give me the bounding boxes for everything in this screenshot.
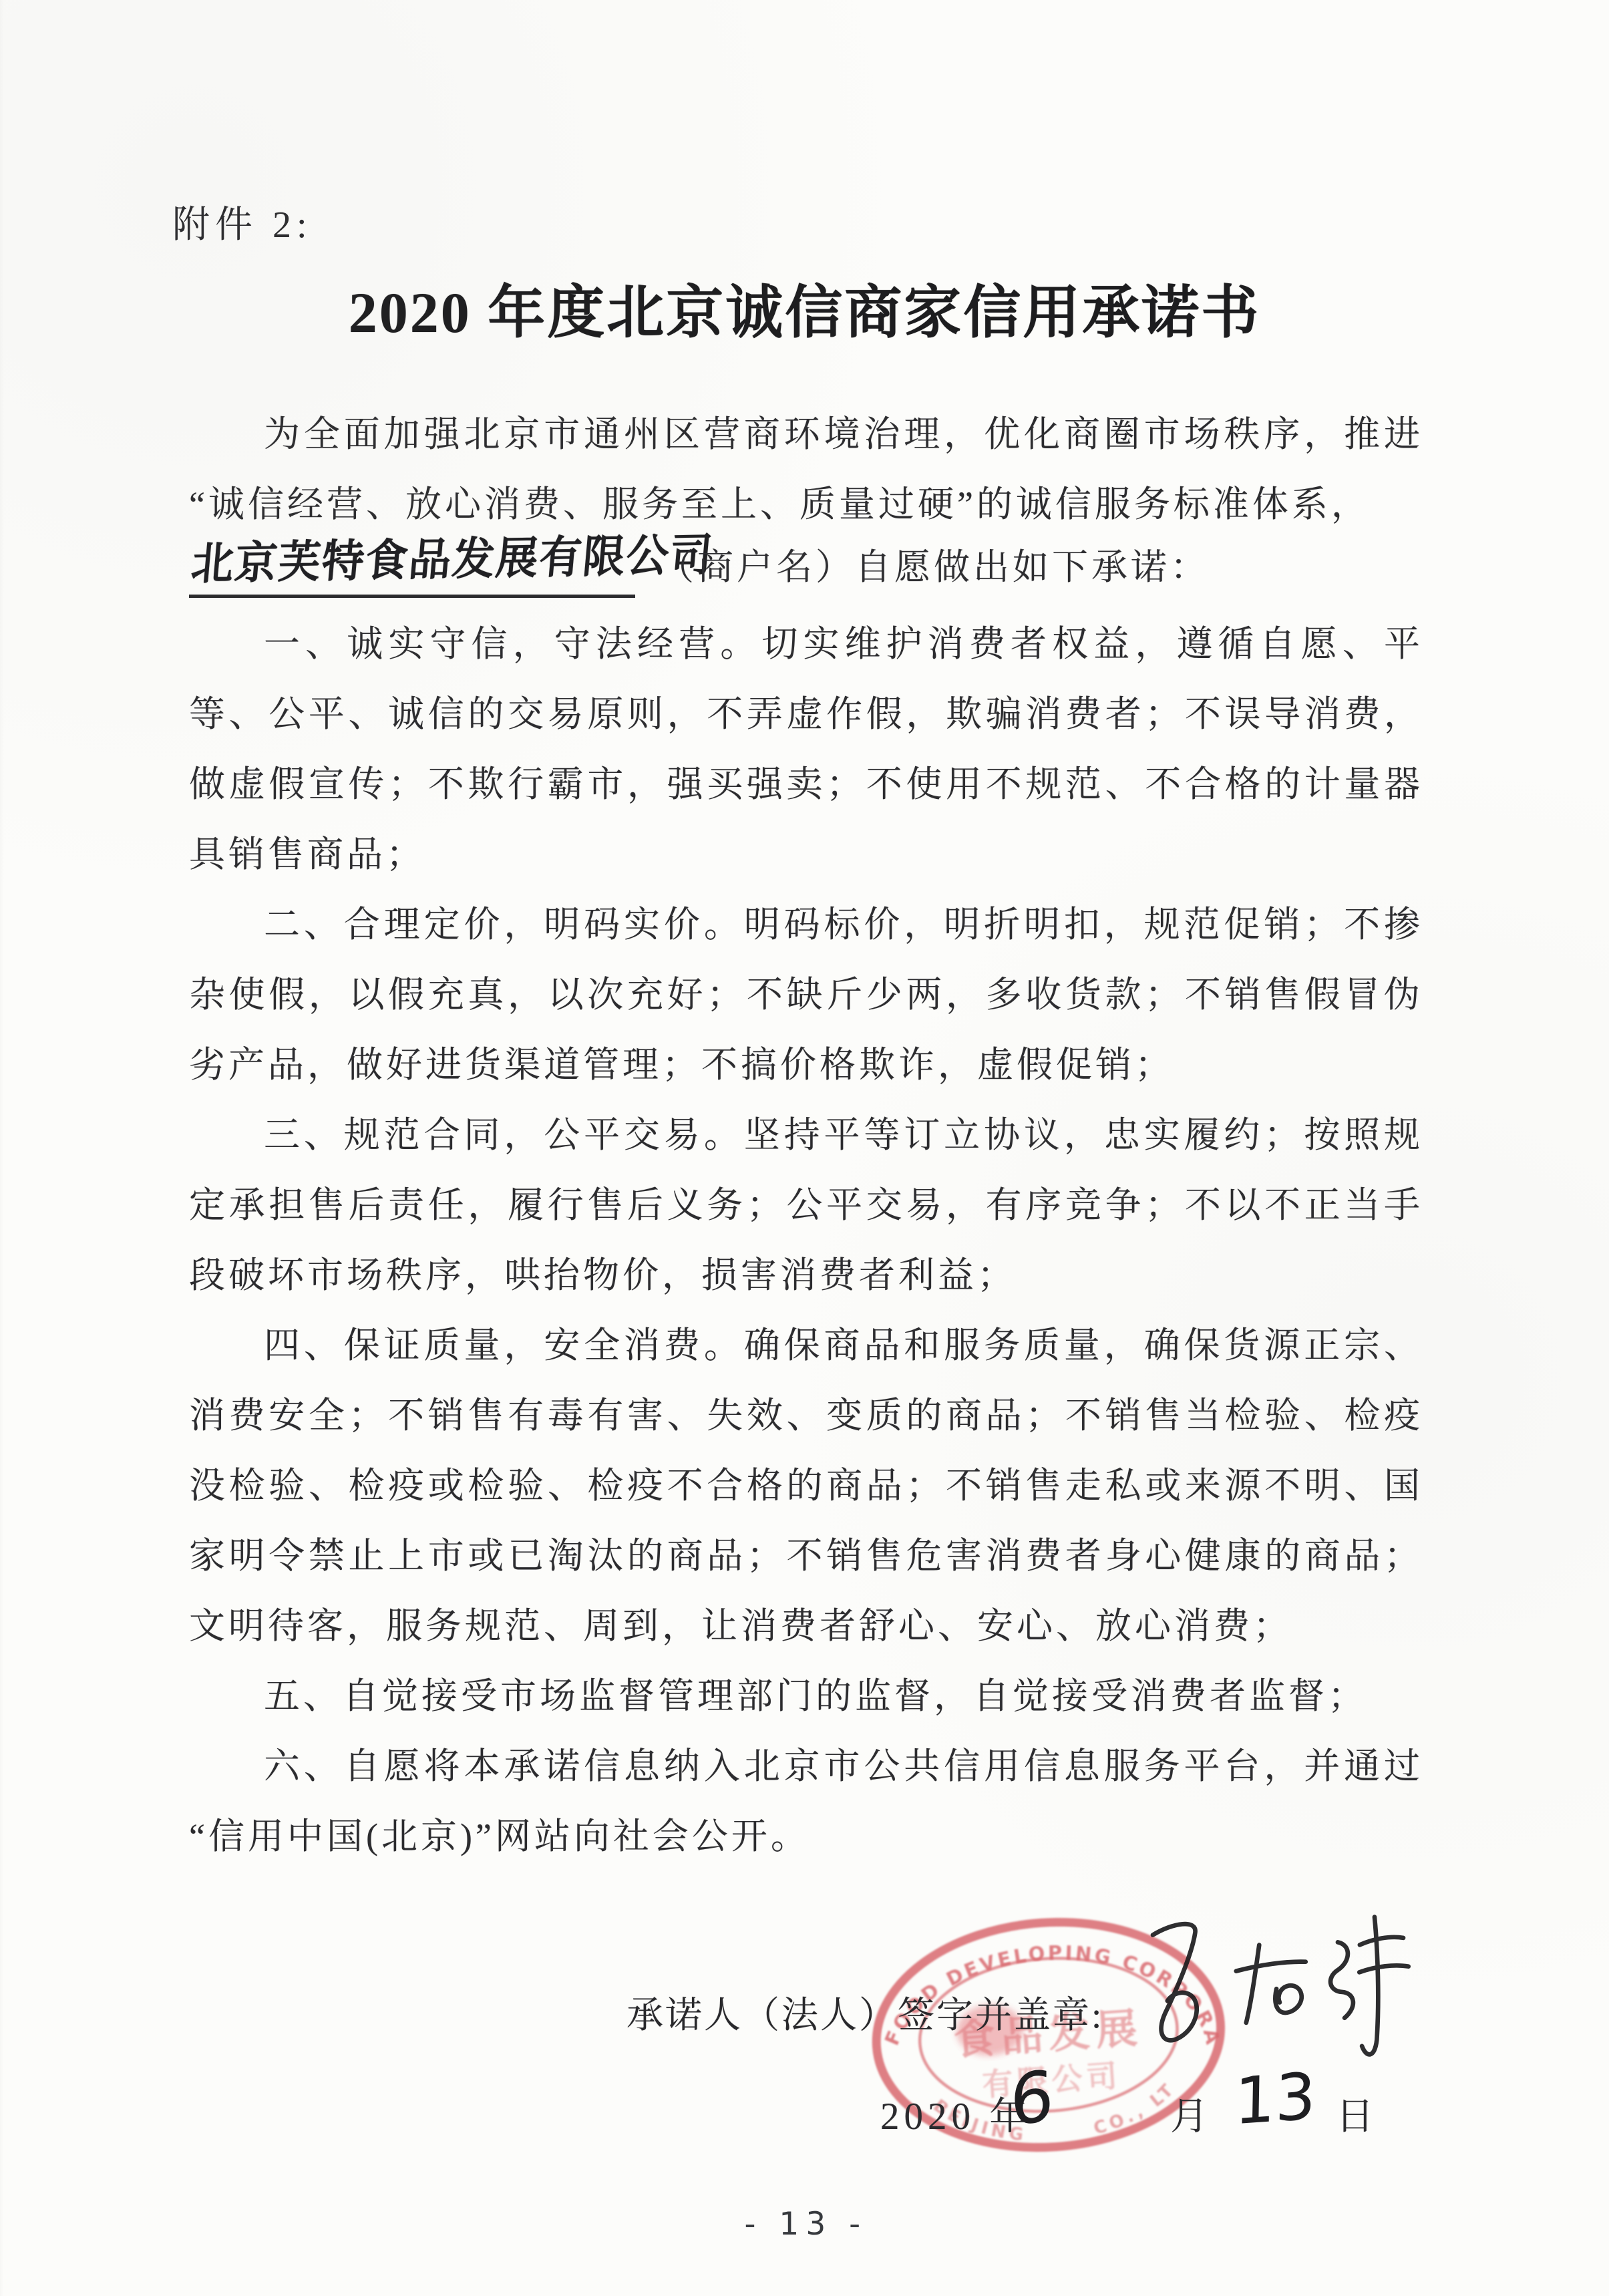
date-day-label: 日 — [1336, 2086, 1379, 2140]
scanned-document-page: 附件 2: 2020 年度北京诚信商家信用承诺书 为全面加强北京市通州区营商环境… — [0, 0, 1609, 2296]
commitment-paragraph-5: 五、自觉接受市场监督管理部门的监督，自觉接受消费者监督； — [189, 1661, 1423, 1732]
signature-strokes-svg — [1131, 1901, 1424, 2071]
legal-person-signature — [1131, 1901, 1424, 2071]
date-year-printed: 2020 年 — [880, 2086, 1032, 2140]
commitment-paragraph-1: 一、诚实守信，守法经营。切实维护消费者权益，遵循自愿、平等、公平、诚信的交易原则… — [189, 609, 1423, 890]
commitment-paragraph-6: 六、自愿将本承诺信息纳入北京市公共信用信息服务平台，并通过“信用中国(北京)”网… — [189, 1732, 1423, 1872]
signature-label: 承诺人（法人）签字并盖章: — [627, 1985, 1103, 2038]
commitment-paragraph-4: 四、保证质量，安全消费。确保商品和服务质量，确保货源正宗、消费安全；不销售有毒有… — [189, 1311, 1423, 1661]
commitment-paragraph-2: 二、合理定价，明码实价。明码标价，明折明扣，规范促销；不掺杂使假，以假充真，以次… — [189, 890, 1423, 1100]
merchant-name-line: 北京芙特食品发展有限公司（商户名）自愿做出如下承诺： — [189, 532, 1423, 598]
date-month-handwritten: 6 — [1010, 2055, 1054, 2142]
date-day-handwritten: 13 — [1234, 2059, 1316, 2140]
commitment-paragraph-3: 三、规范合同，公平交易。坚持平等订立协议，忠实履约；按照规定承担售后责任，履行售… — [189, 1100, 1423, 1311]
intro-paragraph: 为全面加强北京市通州区营商环境治理，优化商圈市场秩序，推进“诚信经营、放心消费、… — [189, 399, 1423, 540]
page-number: - 13 - — [745, 2206, 868, 2243]
merchant-name-suffix: （商户名）自愿做出如下承诺： — [658, 538, 1210, 590]
merchant-name-handwritten: 北京芙特食品发展有限公司 — [189, 519, 717, 593]
date-month-label: 月 — [1170, 2086, 1213, 2140]
merchant-name-underline: 北京芙特食品发展有限公司 — [189, 532, 635, 598]
document-title: 2020 年度北京诚信商家信用承诺书 — [0, 266, 1609, 349]
attachment-label: 附件 2: — [172, 195, 313, 249]
